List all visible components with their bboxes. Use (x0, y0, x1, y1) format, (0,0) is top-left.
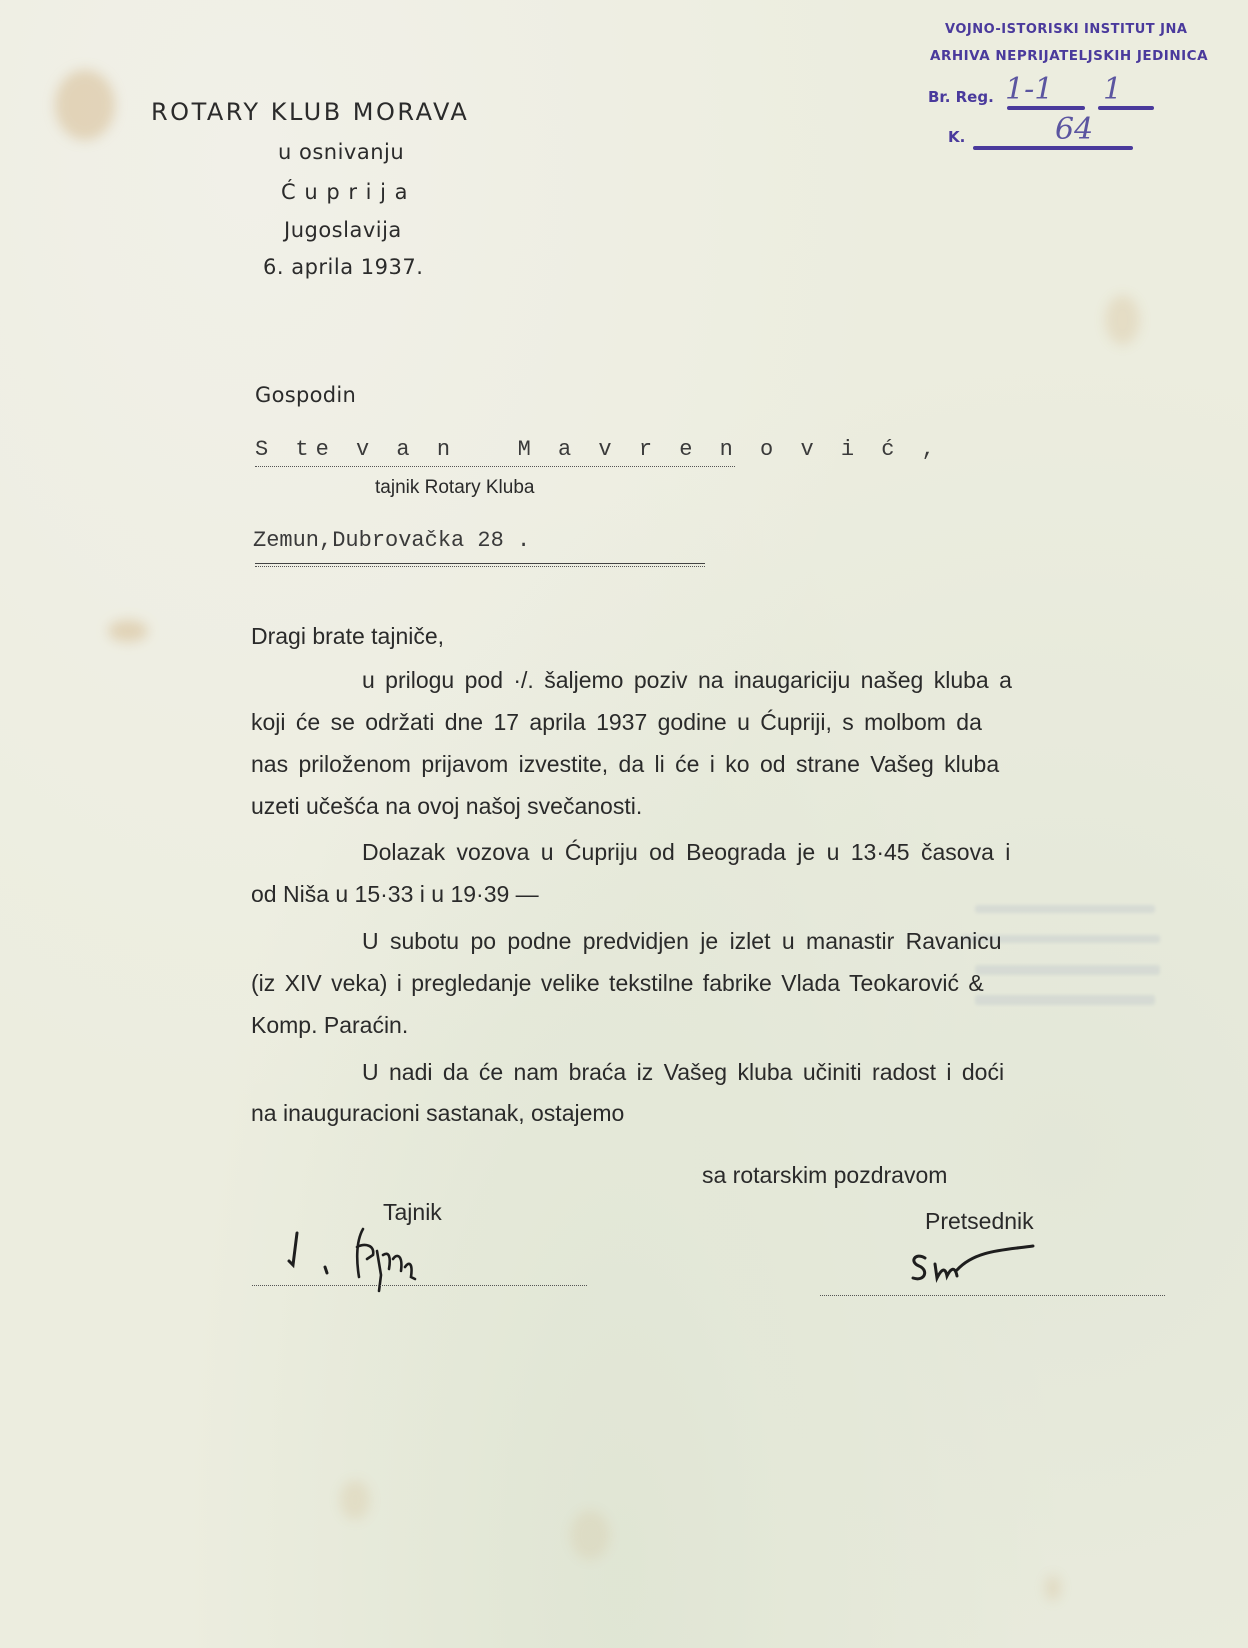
body-line: u prilogu pod ·/. šaljemo poziv na inaug… (362, 667, 1012, 694)
archive-k-value: 64 (1055, 112, 1093, 147)
archive-reg-label: Br. Reg. (928, 88, 994, 106)
body-line: Dolazak vozova u Ćupriju od Beograda je … (362, 839, 1010, 866)
paper-stain (55, 70, 115, 140)
letter-page: VOJNO-ISTORISKI INSTITUT JNA ARHIVA NEPR… (0, 0, 1248, 1648)
secretary-label: Tajnik (383, 1199, 442, 1226)
secretary-signature-icon (285, 1225, 465, 1305)
recipient-role: tajnik Rotary Kluba (375, 477, 534, 499)
club-city: Ć u p r i j a (281, 180, 409, 204)
recipient-address: Zemun,Dubrovačka 28 . (253, 528, 530, 553)
paper-stain (1105, 295, 1140, 345)
recipient-name: S te v a n M a v r e n o v i ć , (255, 437, 942, 462)
body-line: U nadi da će nam braća iz Vašeg kluba uč… (362, 1059, 1004, 1086)
body-line: koji će se održati dne 17 aprila 1937 go… (251, 709, 982, 736)
secretary-signature-line (252, 1285, 587, 1286)
club-country: Jugoslavija (284, 218, 402, 242)
body-line: Komp. Paraćin. (251, 1012, 408, 1039)
bleed-through-mark (975, 905, 1155, 913)
president-signature-line (820, 1295, 1165, 1296)
archive-reg-underline (1098, 106, 1154, 110)
recipient-name-dotline (255, 466, 735, 467)
archive-stamp-line1: VOJNO-ISTORISKI INSTITUT JNA (945, 22, 1187, 37)
body-line: U subotu po podne predvidjen je izlet u … (362, 928, 1002, 955)
body-line: nas priloženom prijavom izvestite, da li… (251, 751, 999, 778)
address-underline (255, 563, 705, 564)
body-line: na inauguracioni sastanak, ostajemo (251, 1100, 624, 1127)
body-line: uzeti učešća na ovoj našoj svečanosti. (251, 793, 642, 820)
club-status: u osnivanju (278, 140, 404, 164)
president-signature-icon (905, 1240, 1045, 1290)
paper-stain (570, 1510, 610, 1560)
body-line: od Niša u 15·33 i u 19·39 — (251, 881, 539, 908)
address-dotline (255, 566, 705, 567)
paper-stain (1045, 1575, 1061, 1601)
greeting: Dragi brate tajniče, (251, 623, 444, 650)
archive-reg-underline (1007, 106, 1085, 110)
archive-reg-value-1: 1-1 (1005, 72, 1053, 107)
recipient-title: Gospodin (255, 383, 356, 407)
letter-date: 6. aprila 1937. (263, 255, 423, 279)
bleed-through-mark (975, 965, 1160, 975)
archive-stamp-line2: ARHIVA NEPRIJATELJSKIH JEDINICA (930, 48, 1208, 64)
bleed-through-mark (975, 995, 1155, 1005)
paper-stain (108, 620, 148, 642)
paper-stain (340, 1480, 370, 1520)
closing-regards: sa rotarskim pozdravom (702, 1162, 947, 1189)
president-label: Pretsednik (925, 1208, 1034, 1235)
archive-reg-value-2: 1 (1103, 72, 1122, 107)
archive-k-label: K. (948, 128, 965, 146)
archive-k-underline (973, 146, 1133, 150)
body-line: (iz XIV veka) i pregledanje velike tekst… (251, 970, 984, 997)
club-name: ROTARY KLUB MORAVA (151, 98, 469, 126)
